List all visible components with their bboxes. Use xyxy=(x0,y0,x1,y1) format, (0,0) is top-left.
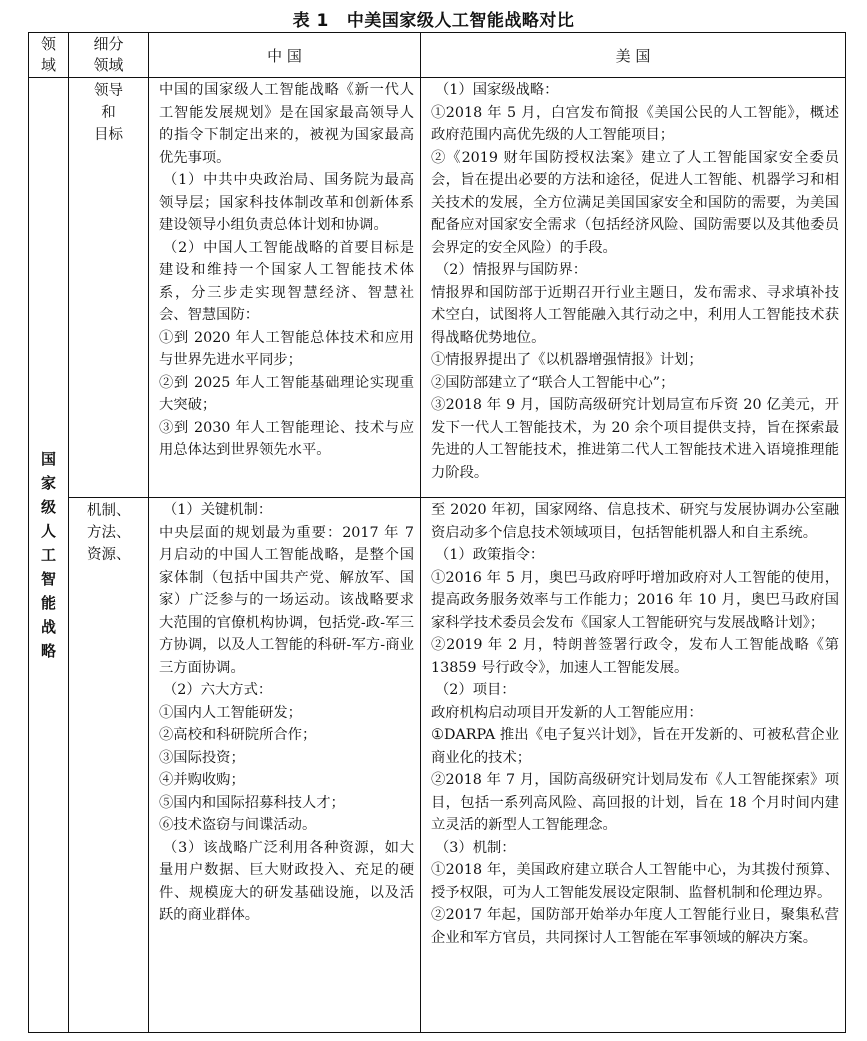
paragraph: 情报界和国防部于近期召开行业主题日，发布需求、寻求填补技术空白，试图将人工智能融… xyxy=(431,282,839,350)
paragraph: ②高校和科研院所合作； xyxy=(159,724,414,747)
header-usa: 美 国 xyxy=(421,33,846,78)
domain-char: 能 xyxy=(29,591,68,615)
domain-char: 级 xyxy=(29,495,68,519)
paragraph: （1）关键机制： xyxy=(159,499,414,522)
paragraph: ③到 2030 年人工智能理论、技术与应用总体达到世界领先水平。 xyxy=(159,417,414,462)
paragraph: ②《2019 财年国防授权法案》建立了人工智能国家安全委员会，旨在提出必要的方法… xyxy=(431,147,839,260)
subdomain-cell: 机制、 方法、 资源、 xyxy=(69,498,149,1033)
subdomain-cell: 领导 和 目标 xyxy=(69,78,149,498)
header-sub-line: 细分 xyxy=(69,34,148,55)
paragraph: ①DARPA 推出《电子复兴计划》，旨在开发新的、可被私营企业商业化的技术； xyxy=(431,724,839,769)
paragraph: ⑥技术盗窃与间谍活动。 xyxy=(159,814,414,837)
paragraph: ②到 2025 年人工智能基础理论实现重大突破； xyxy=(159,372,414,417)
paragraph: ①国内人工智能研发； xyxy=(159,702,414,725)
paragraph: 政府机构启动项目开发新的人工智能应用： xyxy=(431,702,839,725)
table-number: 表 1 xyxy=(293,11,329,31)
paragraph: （2）六大方式： xyxy=(159,679,414,702)
paragraph: ②2018 年 7 月，国防高级研究计划局发布《人工智能探索》项目，包括一系列高… xyxy=(431,769,839,837)
subdomain-line: 目标 xyxy=(69,124,148,146)
paragraph: ①2018 年 5 月，白宫发布简报《美国公民的人工智能》，概述政府范围内高优先… xyxy=(431,102,839,147)
paragraph: ④并购收购； xyxy=(159,769,414,792)
paragraph: （3）机制： xyxy=(431,837,839,860)
paragraph: ①情报界提出了《以机器增强情报》计划； xyxy=(431,349,839,372)
paragraph: 中国的国家级人工智能战略《新一代人工智能发展规划》是在国家最高领导人的指令下制定… xyxy=(159,79,414,169)
domain-char: 工 xyxy=(29,543,68,567)
paragraph: ③国际投资； xyxy=(159,747,414,770)
subdomain-line: 领导 xyxy=(69,80,148,102)
paragraph: ②2017 年起，国防部开始举办年度人工智能行业日，聚集私营企业和军方官员，共同… xyxy=(431,904,839,949)
paragraph: ③2018 年 9 月，国防高级研究计划局宣布斥资 20 亿美元，开发下一代人工… xyxy=(431,394,839,484)
comparison-table: 领 域 细分 领域 中 国 美 国 国 家 级 人 工 智 能 xyxy=(28,32,846,1033)
header-domain-char: 领 xyxy=(29,34,68,55)
paragraph: （3）该战略广泛利用各种资源，如大量用户数据、巨大财政投入、充足的硬件、规模庞大… xyxy=(159,837,414,927)
domain-char: 国 xyxy=(29,447,68,471)
subdomain-line: 机制、 xyxy=(87,500,148,522)
domain-char: 战 xyxy=(29,615,68,639)
paragraph: （2）中国人工智能战略的首要目标是建设和维持一个国家人工智能技术体系，分三步走实… xyxy=(159,237,414,327)
table-row: 机制、 方法、 资源、 （1）关键机制： 中央层面的规划最为重要：2017 年 … xyxy=(29,498,846,1033)
table-caption: 表 1中美国家级人工智能战略对比 xyxy=(0,6,867,31)
paragraph: ⑤国内和国际招募科技人才； xyxy=(159,792,414,815)
paragraph: （1）中共中央政治局、国务院为最高领导层；国家科技体制改革和创新体系建设领导小组… xyxy=(159,169,414,237)
table-title: 中美国家级人工智能战略对比 xyxy=(347,11,575,31)
china-cell: 中国的国家级人工智能战略《新一代人工智能发展规划》是在国家最高领导人的指令下制定… xyxy=(149,78,421,498)
paragraph: （1）政策指令： xyxy=(431,544,839,567)
paragraph: ①2018 年，美国政府建立联合人工智能中心，为其拨付预算、授予权限，可为人工智… xyxy=(431,859,839,904)
table-row: 国 家 级 人 工 智 能 战 略 领导 和 目标 中国的国家级人工智能战略《新… xyxy=(29,78,846,498)
domain-char: 人 xyxy=(29,519,68,543)
paragraph: （2）情报界与国防界： xyxy=(431,259,839,282)
domain-cell: 国 家 级 人 工 智 能 战 略 xyxy=(29,78,69,1033)
paragraph: ②国防部建立了“联合人工智能中心”； xyxy=(431,372,839,395)
paragraph: ①2016 年 5 月，奥巴马政府呼吁增加政府对人工智能的使用，提高政务服务效率… xyxy=(431,567,839,635)
subdomain-line: 方法、 xyxy=(87,522,148,544)
paragraph: 中央层面的规划最为重要：2017 年 7 月启动的中国人工智能战略，是整个国家体… xyxy=(159,522,414,680)
header-subdomain: 细分 领域 xyxy=(69,33,149,78)
usa-cell: （1）国家级战略： ①2018 年 5 月，白宫发布简报《美国公民的人工智能》，… xyxy=(421,78,846,498)
domain-char: 智 xyxy=(29,567,68,591)
paragraph: ②2019 年 2 月，特朗普签署行政令，发布人工智能战略《第 13859 号行… xyxy=(431,634,839,679)
subdomain-line: 资源、 xyxy=(87,544,148,566)
paragraph: 至 2020 年初，国家网络、信息技术、研究与发展协调办公室融资启动多个信息技术… xyxy=(431,499,839,544)
header-china: 中 国 xyxy=(149,33,421,78)
paragraph: ①到 2020 年人工智能总体技术和应用与世界先进水平同步； xyxy=(159,327,414,372)
subdomain-line: 和 xyxy=(69,102,148,124)
china-cell: （1）关键机制： 中央层面的规划最为重要：2017 年 7 月启动的中国人工智能… xyxy=(149,498,421,1033)
paragraph: （2）项目： xyxy=(431,679,839,702)
header-domain-char: 域 xyxy=(29,55,68,76)
domain-char: 家 xyxy=(29,471,68,495)
header-sub-line: 领域 xyxy=(69,55,148,76)
header-row: 领 域 细分 领域 中 国 美 国 xyxy=(29,33,846,78)
header-domain: 领 域 xyxy=(29,33,69,78)
usa-cell: 至 2020 年初，国家网络、信息技术、研究与发展协调办公室融资启动多个信息技术… xyxy=(421,498,846,1033)
domain-char: 略 xyxy=(29,639,68,663)
paragraph: （1）国家级战略： xyxy=(431,79,839,102)
